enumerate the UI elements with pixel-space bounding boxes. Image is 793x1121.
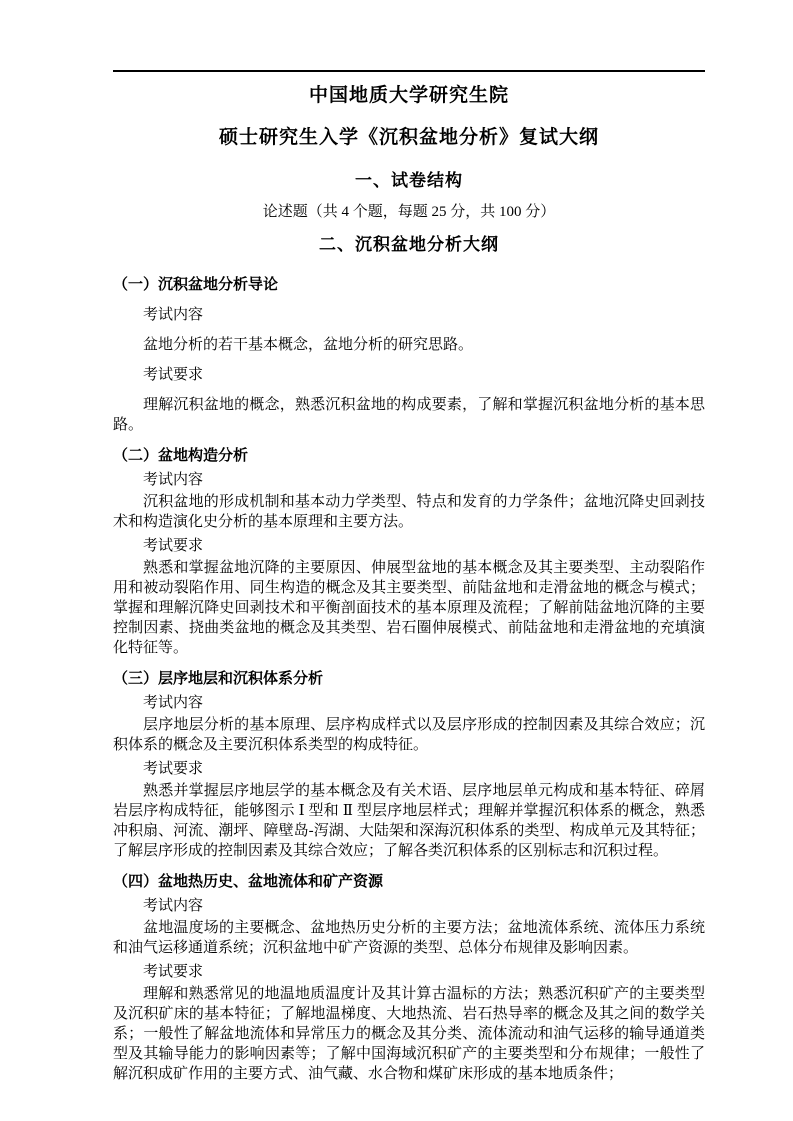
subsection-heading-4: （四）盆地热历史、盆地流体和矿产资源 xyxy=(113,872,705,892)
exam-content-label: 考试内容 xyxy=(113,305,705,325)
institution-title: 中国地质大学研究生院 xyxy=(113,84,705,107)
document-title: 硕士研究生入学《沉积盆地分析》复试大纲 xyxy=(113,126,705,149)
exam-content-label: 考试内容 xyxy=(113,470,705,490)
exam-requirement-label: 考试要求 xyxy=(113,536,705,556)
exam-structure-text: 论述题（共 4 个题，每题 25 分，共 100 分） xyxy=(113,203,705,222)
part1-heading-exam-structure: 一、试卷结构 xyxy=(113,170,705,191)
subsection-heading-1: （一）沉积盆地分析导论 xyxy=(113,275,705,295)
exam-requirement-text: 熟悉并掌握层序地层学的基本概念及有关术语、层序地层单元构成和基本特征、碎屑岩层序… xyxy=(113,781,705,861)
exam-content-label: 考试内容 xyxy=(113,896,705,916)
exam-content-text: 层序地层分析的基本原理、层序构成样式以及层序形成的控制因素及其综合效应；沉积体系… xyxy=(113,715,705,755)
outline-section-3: （三）层序地层和沉积体系分析 考试内容 层序地层分析的基本原理、层序构成样式以及… xyxy=(113,669,705,861)
exam-requirement-label: 考试要求 xyxy=(113,365,705,385)
exam-content-label: 考试内容 xyxy=(113,693,705,713)
exam-requirement-text: 熟悉和掌握盆地沉降的主要原因、伸展型盆地的基本概念及其主要类型、主动裂陷作用和被… xyxy=(113,558,705,658)
exam-content-text: 盆地温度场的主要概念、盆地热历史分析的主要方法；盆地流体系统、流体压力系统和油气… xyxy=(113,918,705,958)
exam-requirement-label: 考试要求 xyxy=(113,759,705,779)
part2-heading-outline: 二、沉积盆地分析大纲 xyxy=(113,234,705,255)
outline-section-1: （一）沉积盆地分析导论 考试内容 盆地分析的若干基本概念，盆地分析的研究思路。 … xyxy=(113,275,705,435)
outline-section-2: （二）盆地构造分析 考试内容 沉积盆地的形成机制和基本动力学类型、特点和发育的力… xyxy=(113,446,705,658)
subsection-heading-2: （二）盆地构造分析 xyxy=(113,446,705,466)
header-rule xyxy=(113,70,705,72)
exam-content-text: 沉积盆地的形成机制和基本动力学类型、特点和发育的力学条件；盆地沉降史回剥技术和构… xyxy=(113,492,705,532)
exam-requirement-label: 考试要求 xyxy=(113,962,705,982)
exam-requirement-text: 理解和熟悉常见的地温地质温度计及其计算古温标的方法；熟悉沉积矿产的主要类型及沉积… xyxy=(113,984,705,1084)
document-page: 中国地质大学研究生院 硕士研究生入学《沉积盆地分析》复试大纲 一、试卷结构 论述… xyxy=(113,0,705,1084)
exam-requirement-text: 理解沉积盆地的概念，熟悉沉积盆地的构成要素，了解和掌握沉积盆地分析的基本思路。 xyxy=(113,395,705,435)
subsection-heading-3: （三）层序地层和沉积体系分析 xyxy=(113,669,705,689)
outline-section-4: （四）盆地热历史、盆地流体和矿产资源 考试内容 盆地温度场的主要概念、盆地热历史… xyxy=(113,872,705,1084)
exam-content-text: 盆地分析的若干基本概念，盆地分析的研究思路。 xyxy=(113,335,705,355)
